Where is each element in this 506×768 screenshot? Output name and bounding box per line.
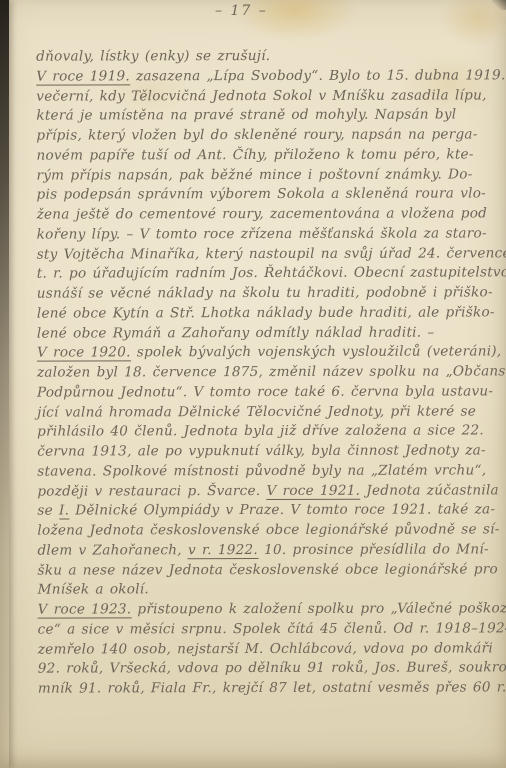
manuscript-segment: která je umístěna na pravé straně od moh… [36,107,456,124]
manuscript-segment: spolek bývalých vojenských vysloužilců (… [131,344,506,361]
manuscript-segment: pis podepsán správním výborem Sokola a s… [37,186,487,203]
manuscript-line: mník 91. roků, Fiala Fr., krejčí 87 let,… [38,678,490,699]
manuscript-line: se I. Dělnické Olympiády v Praze. V tomt… [37,501,489,522]
manuscript-line: stavena. Spolkové místnosti původně byly… [37,461,489,482]
underlined-date-heading: v r. 1922. [188,542,258,559]
manuscript-line: lené obce Rymáň a Zahořany odmítly nákla… [37,323,489,344]
manuscript-segment: usnáší se věcné náklady na školu tu hrad… [37,284,493,301]
manuscript-line: přípis, který vložen byl do skleněné rou… [36,125,488,146]
manuscript-segment: stavena. Spolkové místnosti původně byly… [37,462,486,479]
manuscript-line: později v restauraci p. Švarce. V roce 1… [37,481,489,502]
manuscript-line: večerní, kdy Tělocvičná Jednota Sokol v … [36,86,488,107]
manuscript-line: novém papíře tuší od Ant. Číhy, přiložen… [36,145,488,166]
manuscript-segment: večerní, kdy Tělocvičná Jednota Sokol v … [36,87,486,104]
underlined-date-heading: I. [59,503,69,520]
manuscript-segment: přistoupeno k založení spolku pro „Váleč… [131,600,506,617]
manuscript-segment: ce“ a sice v měsíci srpnu. Spolek čítá 4… [38,620,506,637]
manuscript-line: která je umístěna na pravé straně od moh… [36,106,488,127]
manuscript-line: ložena Jednota československé obce legio… [37,520,489,541]
manuscript-segment: dňovaly, lístky (enky) se zrušují. [36,48,270,65]
scan-corner-shadow [492,0,506,10]
manuscript-line: šku a nese název Jednota československé … [37,560,489,581]
manuscript-segment: 92. roků, Vršecká, vdova po dělníku 91 r… [38,660,506,677]
manuscript-segment: rým přípis napsán, pak běžné mince i poš… [36,166,472,183]
underlined-date-heading: V roce 1923. [38,601,132,618]
manuscript-line: přihlásilo 40 členů. Jednota byla již dř… [37,422,489,443]
manuscript-line: lené obce Kytín a Stř. Lhotka náklady bu… [37,303,489,324]
manuscript-line: sty Vojtěcha Minaříka, který nastoupil n… [37,244,489,265]
manuscript-segment: lené obce Kytín a Stř. Lhotka náklady bu… [37,304,495,321]
manuscript-line: usnáší se věcné náklady na školu tu hrad… [37,283,489,304]
underlined-date-heading: V roce 1919. [36,68,130,85]
scan-gutter-shadow [0,0,9,768]
manuscript-line: jící valná hromada Dělnické Tělocvičné J… [37,402,489,423]
manuscript-line: zemřelo 140 osob, nejstarší M. Ochlábcov… [38,639,490,660]
manuscript-segment: 10. prosince přesídlila do Mní- [258,541,489,558]
manuscript-segment: t. r. po úřadujícím radním Jos. Řehtáčko… [37,265,506,282]
manuscript-line: založen byl 18. července 1875, změnil ná… [37,362,489,383]
manuscript-segment: lené obce Rymáň a Zahořany odmítly nákla… [37,324,435,341]
manuscript-line: rým přípis napsán, pak běžné mince i poš… [36,165,488,186]
manuscript-line: t. r. po úřadujícím radním Jos. Řehtáčko… [37,264,489,285]
manuscript-line: pis podepsán správním výborem Sokola a s… [37,185,489,206]
manuscript-segment: žena ještě do cementové roury, zacemento… [37,205,488,222]
manuscript-segment: kořeny lípy. – V tomto roce zřízena měšť… [37,225,487,242]
manuscript-text: dňovaly, lístky (enky) se zrušují.V roce… [36,46,490,699]
manuscript-segment: se [37,503,59,519]
manuscript-segment: ložena Jednota československé obce legio… [37,521,499,538]
manuscript-segment: Podpůrnou Jednotu“. V tomto roce také 6.… [37,383,493,400]
manuscript-line: června 1913, ale po vypuknutí války, byl… [37,441,489,462]
underlined-date-heading: V roce 1921. [266,482,360,499]
manuscript-segment: jící valná hromada Dělnické Tělocvičné J… [37,403,476,420]
manuscript-segment: Dělnické Olympiády v Praze. V tomto roce… [69,502,495,519]
manuscript-line: Podpůrnou Jednotu“. V tomto roce také 6.… [37,382,489,403]
manuscript-segment: dlem v Zahořanech, [37,542,188,558]
manuscript-segment: šku a nese název Jednota československé … [37,561,497,578]
manuscript-segment: sty Vojtěcha Minaříka, který nastoupil n… [37,245,506,262]
manuscript-line: kořeny lípy. – V tomto roce zřízena měšť… [37,224,489,245]
scanned-manuscript-page: – 17 – dňovaly, lístky (enky) se zrušují… [0,0,506,768]
manuscript-line: dňovaly, lístky (enky) se zrušují. [36,46,488,67]
underlined-date-heading: V roce 1920. [37,345,131,362]
manuscript-segment: později v restauraci p. Švarce. [37,482,266,499]
manuscript-segment: přípis, který vložen byl do skleněné rou… [36,126,477,143]
manuscript-line: dlem v Zahořanech, v r. 1922. 10. prosin… [37,540,489,561]
manuscript-segment: zasazena „Lípa Svobody“. Bylo to 15. dub… [130,67,506,84]
manuscript-line: Mníšek a okolí. [38,580,490,601]
manuscript-segment: Jednota zúčastnila [360,482,499,498]
manuscript-segment: června 1913, ale po vypuknutí války, byl… [37,442,486,459]
manuscript-line: V roce 1920. spolek bývalých vojenských … [37,343,489,364]
manuscript-line: žena ještě do cementové roury, zacemento… [37,204,489,225]
manuscript-line: V roce 1923. přistoupeno k založení spol… [38,599,490,620]
manuscript-segment: přihlásilo 40 členů. Jednota byla již dř… [37,423,484,440]
manuscript-line: 92. roků, Vršecká, vdova po dělníku 91 r… [38,659,490,680]
manuscript-line: ce“ a sice v měsíci srpnu. Spolek čítá 4… [38,619,490,640]
manuscript-line: V roce 1919. zasazena „Lípa Svobody“. By… [36,66,488,87]
manuscript-segment: založen byl 18. července 1875, změnil ná… [37,363,506,380]
manuscript-segment: Mníšek a okolí. [38,582,149,598]
manuscript-segment: novém papíře tuší od Ant. Číhy, přiložen… [36,146,473,163]
manuscript-segment: mník 91. roků, Fiala Fr., krejčí 87 let,… [38,679,506,696]
manuscript-segment: zemřelo 140 osob, nejstarší M. Ochlábcov… [38,640,493,657]
page-number: – 17 – [215,3,268,19]
